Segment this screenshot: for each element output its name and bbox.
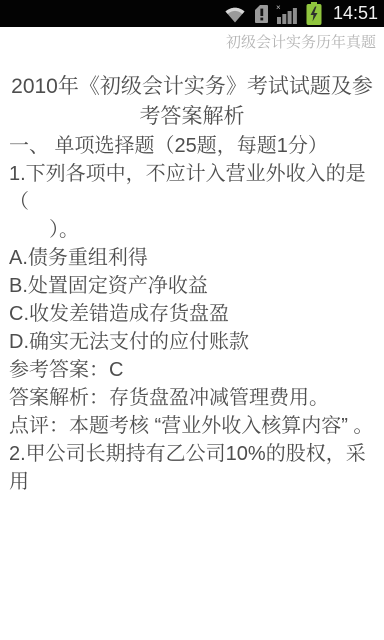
question-2-text-partial: 2.甲公司长期持有乙公司10%的股权，采用 [9, 440, 375, 496]
svg-text:×: × [276, 3, 281, 12]
status-bar: × 14:51 [0, 0, 384, 27]
answer-analysis: 答案解析：存货盘盈冲减管理费用。 [9, 384, 375, 412]
question-1-text: 1.下列各项中，不应计入营业外收入的是（ ）。 [9, 160, 375, 244]
reference-answer: 参考答案：C [9, 356, 375, 384]
option-d: D.确实无法支付的应付账款 [9, 328, 375, 356]
sim-alert-icon [254, 4, 269, 24]
battery-charging-icon [305, 2, 323, 26]
teacher-comment: 点评：本题考核 “营业外收入核算内容” 。 [9, 412, 375, 440]
app-screen: × 14:51 初级会计实务历年真题 2010年《初级会计实务》考试试题及参 考… [0, 0, 384, 640]
status-time: 14:51 [333, 0, 378, 27]
wifi-icon [223, 4, 247, 24]
document-title: 2010年《初级会计实务》考试试题及参 考答案解析 [9, 72, 375, 132]
option-b: B.处置固定资产净收益 [9, 272, 375, 300]
option-c: C.收发差错造成存货盘盈 [9, 300, 375, 328]
option-a: A.债务重组利得 [9, 244, 375, 272]
section-heading: 一、 单项选择题（25题，每题1分） [9, 132, 375, 160]
signal-strength-icon: × [276, 3, 298, 24]
app-header-title: 初级会计实务历年真题 [226, 31, 376, 52]
app-header: 初级会计实务历年真题 [0, 27, 384, 56]
document-content[interactable]: 2010年《初级会计实务》考试试题及参 考答案解析 一、 单项选择题（25题，每… [0, 72, 384, 496]
